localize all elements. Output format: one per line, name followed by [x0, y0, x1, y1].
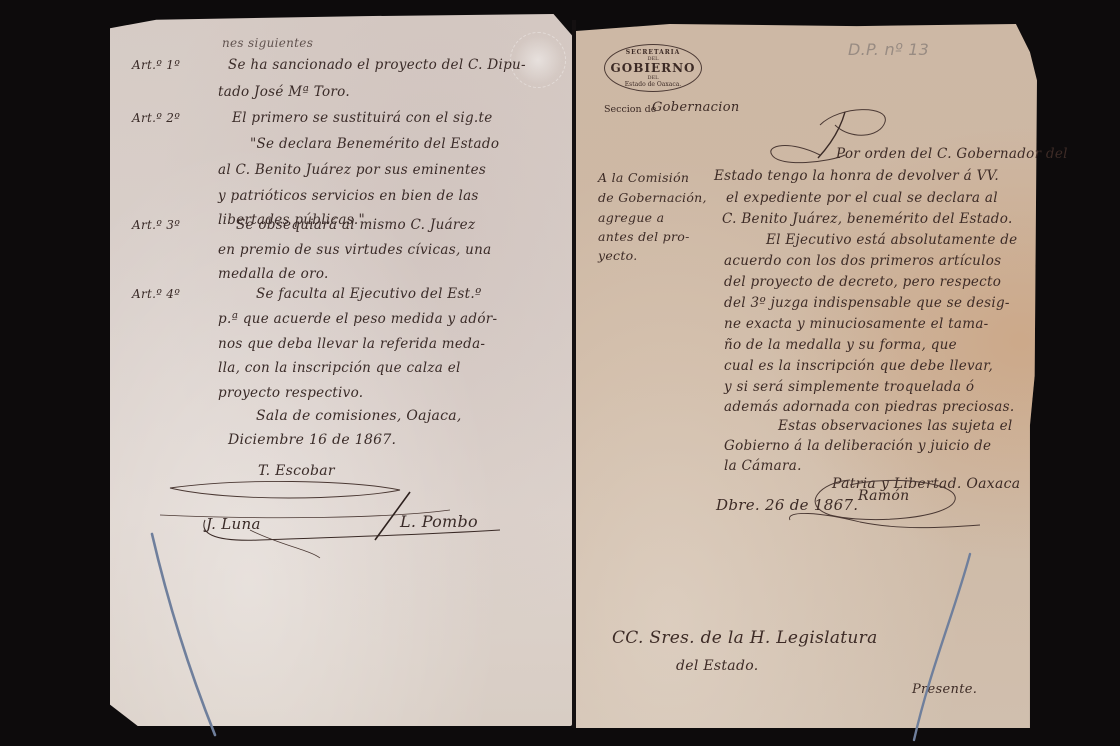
section-label: Seccion de [604, 104, 656, 115]
article-2-line: "Se declara Benemérito del Estado [250, 136, 499, 152]
letter-body-line: cual es la inscripción que debe llevar, [724, 358, 993, 374]
letter-body-line: Estas observaciones las sujeta el [778, 418, 1013, 434]
article-3-line: en premio de sus virtudes cívicas, una [218, 242, 492, 258]
letter-body-line: del 3º juzga indispensable que se desig- [724, 295, 1010, 311]
signature-ramon-flourish [780, 470, 980, 540]
letterhead-line5: Estado de Oaxaca. [605, 81, 701, 88]
page-gutter [572, 20, 576, 728]
article-4-line: p.ª que acuerde el peso medida y adór- [218, 311, 497, 327]
letterhead-line3: GOBIERNO [605, 62, 701, 75]
letter-body-line: acuerdo con los dos primeros artículos [724, 253, 1001, 269]
pencil-note: D.P. nº 13 [848, 40, 929, 59]
letter-body-line: ño de la medalla y su forma, que [724, 337, 957, 353]
article-4-line: Se faculta al Ejecutivo del Est.º [256, 286, 482, 302]
article-3-label: Art.º 3º [132, 218, 180, 232]
letter-body-line: Estado tengo la honra de devolver á VV. [714, 168, 999, 184]
article-4-line: proyecto respectivo. [218, 385, 363, 401]
letter-body-line: Gobierno á la deliberación y juicio de [724, 438, 991, 454]
article-2-line: y patrióticos servicios en bien de las [218, 188, 479, 204]
letter-body-line: C. Benito Juárez, benemérito del Estado. [722, 211, 1013, 227]
letter-body-line: del proyecto de decreto, pero respecto [724, 274, 1001, 290]
margin-note-line: de Gobernación, [598, 190, 707, 205]
closing-date: Diciembre 16 de 1867. [228, 432, 396, 448]
article-1-line: Se ha sancionado el proyecto del C. Dipu… [228, 57, 526, 73]
article-4-label: Art.º 4º [132, 287, 180, 301]
section-value: Gobernacion [652, 100, 740, 115]
addressee-line: CC. Sres. de la H. Legislatura [612, 628, 878, 648]
article-1-label: Art.º 1º [132, 58, 180, 72]
margin-note-line: antes del pro- [598, 229, 690, 244]
article-2-line: al C. Benito Juárez por sus eminentes [218, 162, 486, 178]
letter-body-line: además adornada con piedras preciosas. [724, 399, 1014, 415]
article-2-line: El primero se sustituirá con el sig.te [232, 110, 493, 126]
signature-ramon: Ramón [858, 488, 909, 504]
article-3-line: medalla de oro. [218, 266, 329, 282]
blue-pencil-mark [145, 530, 225, 740]
article-4-line: nos que deba llevar la referida meda- [218, 336, 485, 352]
margin-note-line: A la Comisión [598, 170, 689, 185]
header-line: nes siguientes [222, 36, 313, 50]
margin-note-line: yecto. [598, 248, 638, 263]
letter-body-line: y si será simplemente troquelada ó [724, 379, 974, 395]
closing-place: Sala de comisiones, Oajaca, [256, 408, 462, 424]
letterhead-stamp: SECRETARIA DEL GOBIERNO DEL Estado de Oa… [604, 44, 702, 92]
article-1-line: tado José Mª Toro. [218, 84, 350, 100]
margin-note-line: agregue a [598, 210, 664, 225]
letterhead-line1: SECRETARIA [605, 49, 701, 56]
letter-body-line: ne exacta y minuciosamente el tama- [724, 316, 989, 332]
letter-body-line: Por orden del C. Gobernador del [836, 146, 1068, 162]
article-2-label: Art.º 2º [132, 111, 180, 125]
addressee-line: del Estado. [676, 658, 758, 674]
letter-body-line: el expediente por el cual se declara al [726, 190, 998, 206]
letter-body-line: El Ejecutivo está absolutamente de [766, 232, 1017, 248]
article-3-line: Se obsequiará al mismo C. Juárez [236, 217, 475, 233]
article-4-line: lla, con la inscripción que calza el [218, 360, 461, 376]
blue-pencil-mark [900, 550, 980, 746]
